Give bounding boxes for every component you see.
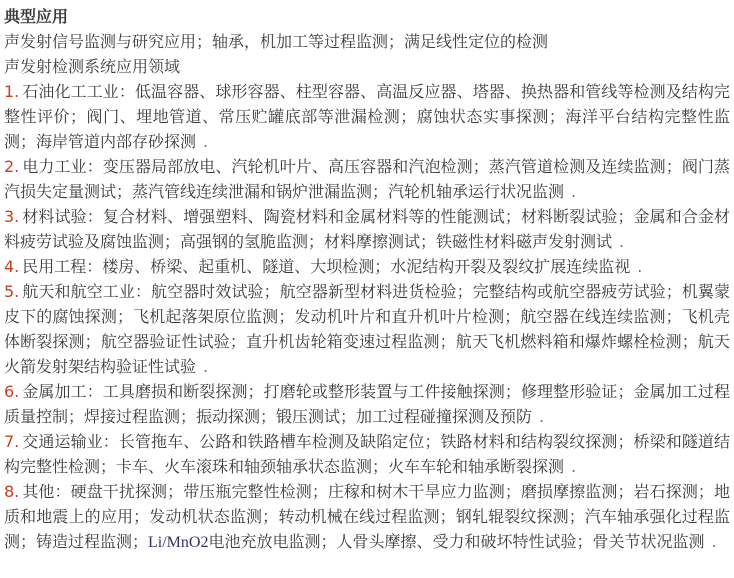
item-text: 石油化工工业：低温容器、球形容器、柱型容器、高温反应器、塔器、换热器和管线等检测… [4,82,730,151]
section-heading-text: 声发射检测系统应用领域 [4,57,180,76]
item-period: . [539,407,544,426]
page-title: 典型应用 [4,4,730,29]
item-number: 4. [4,257,19,276]
intro-line: 声发射信号监测与研究应用；轴承，机加工等过程监测；满足线性定位的检测 [4,29,730,54]
item-text: 电力工业：变压器局部放电、汽轮机叶片、高压容器和汽泡检测；蒸汽管道检测及连续监测… [4,157,730,201]
item-number: 5. [4,282,19,301]
item-number: 2. [4,157,19,176]
list-item: 1.石油化工工业：低温容器、球形容器、柱型容器、高温反应器、塔器、换热器和管线等… [4,79,730,154]
list-item: 7.交通运输业：长管拖车、公路和铁路槽车检测及缺陷定位；铁路材料和结构裂纹探测；… [4,429,730,479]
item-text: 金属加工：工具磨损和断裂探测；打磨轮或整形装置与工件接触探测；修理整形验证；金属… [4,382,730,426]
item-text: 航天和航空工业：航空器时效试验；航空器新型材料进货检验；完整结构或航空器疲劳试验… [4,282,730,376]
item-text: 电池充放电监测；人骨头摩擦、受力和破坏特性试验；骨关节状况监测 [208,532,704,551]
item-number: 8. [4,482,19,501]
page-title-text: 典型应用 [4,7,68,26]
list-item: 8.其他：硬盘干扰探测；带压瓶完整性检测；庄稼和树木干旱应力监测；磨损摩擦监测；… [4,479,730,555]
list-item: 3.材料试验：复合材料、增强塑料、陶瓷材料和金属材料等的性能测试；材料断裂试验；… [4,204,730,254]
item-period: . [203,357,208,376]
item-period: . [571,182,576,201]
list-item: 4.民用工程：楼房、桥梁、起重机、隧道、大坝检测；水泥结构开裂及裂纹扩展连续监视… [4,254,730,279]
item-number: 7. [4,432,19,451]
intro-line-text: 声发射信号监测与研究应用；轴承，机加工等过程监测；满足线性定位的检测 [4,32,548,51]
item-period: . [203,132,208,151]
item-text: 交通运输业：长管拖车、公路和铁路槽车检测及缺陷定位；铁路材料和结构裂纹探测；桥梁… [4,432,730,476]
section-heading: 声发射检测系统应用领域 [4,54,730,79]
battery-formula-text: Li/MnO2 [148,534,208,551]
item-text: 民用工程：楼房、桥梁、起重机、隧道、大坝检测；水泥结构开裂及裂纹扩展连续监视 [22,257,630,276]
item-number: 3. [4,207,19,226]
item-number: 1. [4,82,19,101]
document-body: 典型应用 声发射信号监测与研究应用；轴承，机加工等过程监测；满足线性定位的检测 … [0,0,734,578]
item-period: . [711,532,716,551]
item-period: . [571,457,576,476]
list-item: 5.航天和航空工业：航空器时效试验；航空器新型材料进货检验；完整结构或航空器疲劳… [4,279,730,379]
item-period: . [619,232,624,251]
item-period: . [637,257,642,276]
list-item: 6.金属加工：工具磨损和断裂探测；打磨轮或整形装置与工件接触探测；修理整形验证；… [4,379,730,429]
list-item: 2.电力工业：变压器局部放电、汽轮机叶片、高压容器和汽泡检测；蒸汽管道检测及连续… [4,154,730,204]
item-number: 6. [4,382,19,401]
